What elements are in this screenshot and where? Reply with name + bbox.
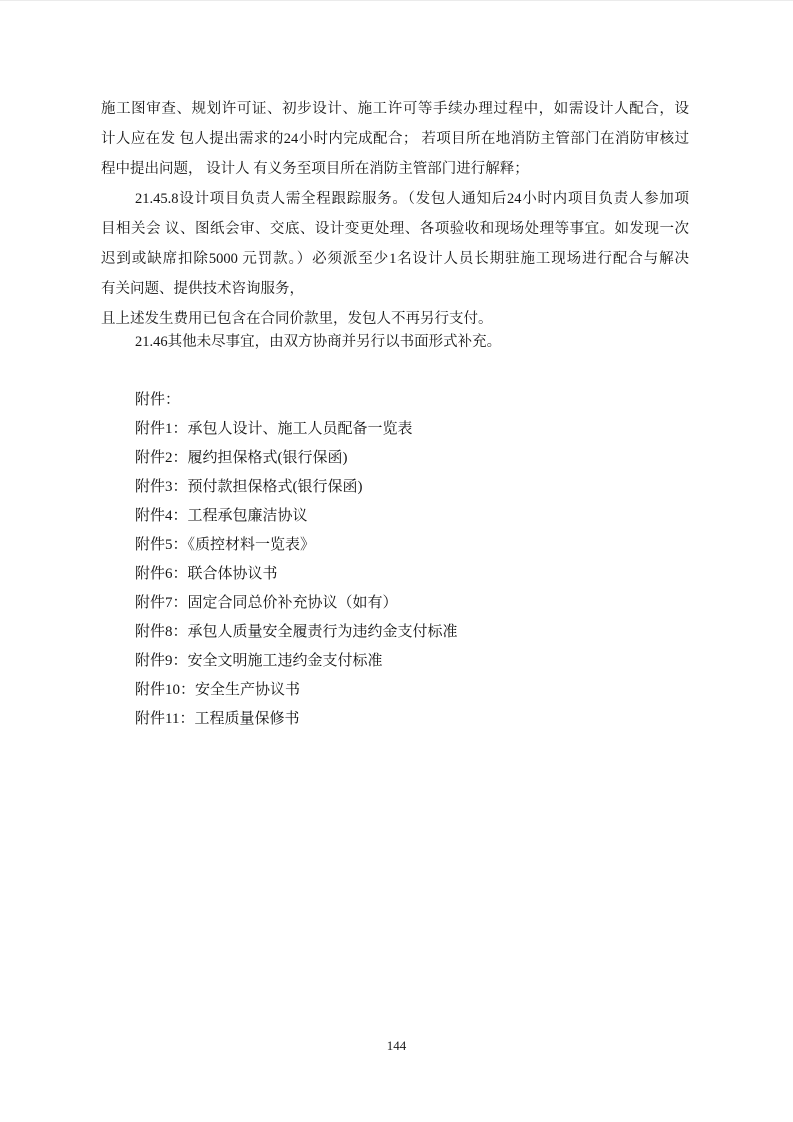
body-line: 施工图审查、规划许可证、初步设计、施工许可等手续办理过程中，如需设计人配合，设 — [101, 94, 689, 124]
attachments-heading: 附件： — [135, 386, 695, 415]
attachment-item: 附件1：承包人设计、施工人员配备一览表 — [135, 415, 695, 444]
body-line: 有关问题、提供技术咨询服务， — [101, 274, 689, 304]
body-line: 21.45.8设计项目负责人需全程跟踪服务。（发包人通知后24小时内项目负责人参… — [101, 184, 689, 214]
contract-body: 施工图审查、规划许可证、初步设计、施工许可等手续办理过程中，如需设计人配合，设 … — [101, 94, 689, 357]
body-line: 迟到或缺席扣除5000 元罚款。）必须派至少1名设计人员长期驻施工现场进行配合与… — [101, 244, 689, 274]
attachments-list: 附件： 附件1：承包人设计、施工人员配备一览表 附件2：履约担保格式(银行保函)… — [135, 386, 695, 734]
body-line: 计人应在发 包人提出需求的24小时内完成配合； 若项目所在地消防主管部门在消防审… — [101, 124, 689, 154]
attachment-item: 附件7：固定合同总价补充协议（如有） — [135, 589, 695, 618]
body-line: 目相关会 议、图纸会审、交底、设计变更处理、各项验收和现场处理等事宜。如发现一次 — [101, 214, 689, 244]
attachment-item: 附件6：联合体协议书 — [135, 560, 695, 589]
attachment-item: 附件11：工程质量保修书 — [135, 705, 695, 734]
attachment-item: 附件8：承包人质量安全履责行为违约金支付标准 — [135, 618, 695, 647]
attachment-item: 附件4：工程承包廉洁协议 — [135, 502, 695, 531]
attachment-item: 附件10：安全生产协议书 — [135, 676, 695, 705]
page-number: 144 — [0, 1038, 793, 1054]
body-line: 程中提出问题， 设计人 有义务至项目所在消防主管部门进行解释； — [101, 154, 689, 184]
attachment-item: 附件9：安全文明施工违约金支付标准 — [135, 647, 695, 676]
body-line: 21.46其他未尽事宜，由双方协商并另行以书面形式补充。 — [101, 327, 689, 357]
attachment-item: 附件3：预付款担保格式(银行保函) — [135, 473, 695, 502]
attachment-item: 附件2：履约担保格式(银行保函) — [135, 444, 695, 473]
document-page: 施工图审查、规划许可证、初步设计、施工许可等手续办理过程中，如需设计人配合，设 … — [0, 0, 793, 1122]
attachment-item: 附件5：《质控材料一览表》 — [135, 531, 695, 560]
